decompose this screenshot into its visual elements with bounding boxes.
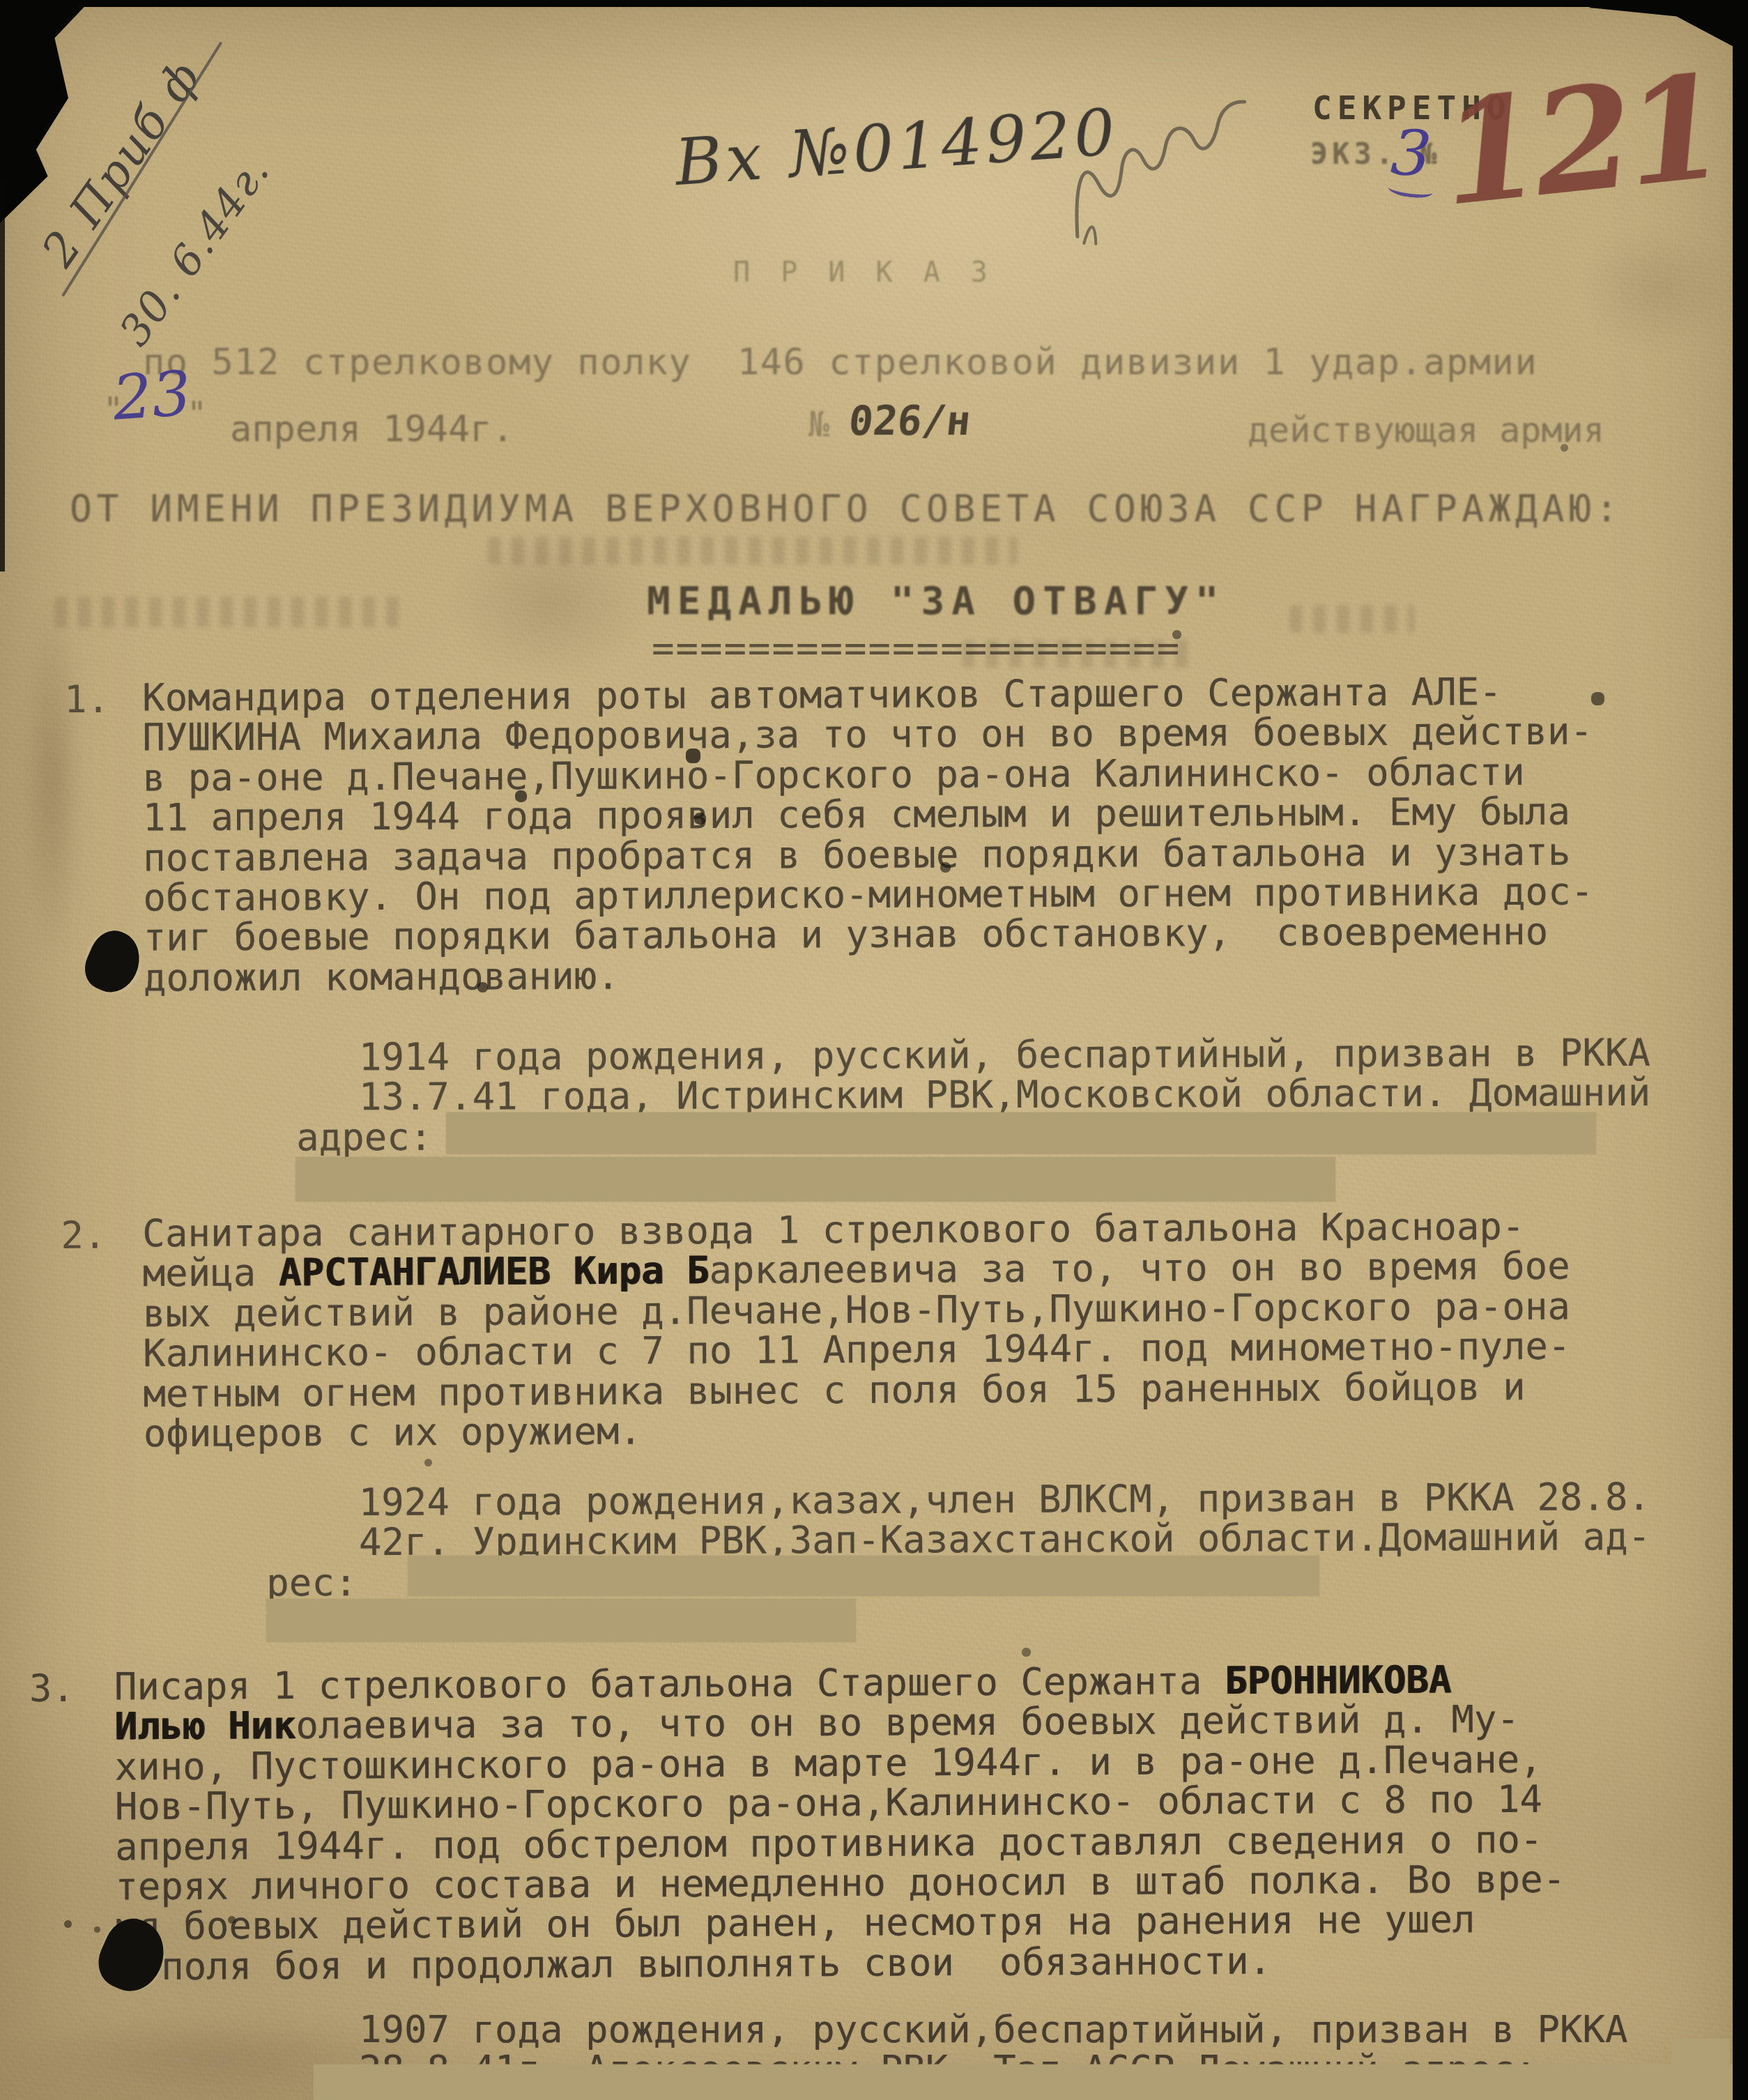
typed-line: вых действий в районе д.Печане,Нов-Путь,… [143,1284,1570,1331]
order-unit-line: по 512 стрелковому полку 146 стрелковой … [143,342,1538,383]
typed-text: офицеров с их оружием. [144,1409,643,1456]
ghost-text-smudge-1 [488,537,1018,565]
overtyped-name: Илью Ник [114,1703,296,1748]
typed-text: рес: [266,1561,357,1605]
typed-line: ПУШКИНА Михаила Федоровича,за то что он … [142,710,1593,756]
typed-line: 42г. Урдинским РВК,Зап-Казахстанской обл… [359,1515,1650,1560]
paragraph-2-number: 2. [61,1213,106,1257]
typed-line: с поля боя и продолжал выполнять свои об… [116,1937,1566,1984]
typed-line: 11 апреля 1944 года проявил себя смелым … [143,790,1593,836]
scanned-document-page: { "annotations": { "received_mark_line1"… [0,0,1748,2100]
typed-line: метным огнем противника вынес с поля боя… [143,1364,1570,1411]
typed-text: доложил командованию. [144,953,620,999]
ghost-text-smudge-3 [1289,605,1415,633]
redacted-address-3b [314,2064,1733,2100]
order-date: апреля 1944г. [230,408,514,450]
typed-text: метным огнем противника вынес с поля боя… [143,1365,1525,1416]
order-paragraph-3: 3. Писаря 1 стрелкового батальона Старше… [114,1657,1566,1985]
order-number: 026/н [846,397,973,445]
order-paragraph-1: 1. Командира отделения роты автоматчиков… [142,669,1594,995]
paragraph-3-number: 3. [29,1666,75,1710]
typed-line: 1924 года рождения,казах,член ВЛКСМ, при… [359,1475,1650,1520]
award-preamble: ОТ ИМЕНИ ПРЕЗИДИУМА ВЕРХОВНОГО СОВЕТА СО… [70,488,1623,530]
redacted-address-1a [446,1112,1596,1154]
typed-line: Калининско- области с 7 по 11 Апреля 194… [143,1324,1570,1372]
ghost-text-smudge-2 [54,597,403,627]
typed-text: адрес: [296,1115,432,1160]
typed-line: в ра-оне д.Печане,Пушкино-Горского ра-он… [143,749,1593,795]
typed-line: 13.7.41 года, Истринским РВК,Московской … [359,1071,1650,1115]
army-status: действующая армия [1248,410,1604,450]
order-number-sign: № [808,404,829,445]
medal-underline: ====================== [652,626,1181,670]
typed-text: мейца [142,1251,278,1296]
typed-line: обстановку. Он под артиллериско-минометн… [143,869,1593,915]
handwritten-page-number: 121 [1434,43,1727,238]
typed-line: Командира отделения роты автоматчиков Ст… [142,669,1593,715]
typed-text: 1907 года рождения, русский,беспартийный… [359,2007,1628,2051]
day-quote-close: " [187,394,207,434]
typed-text: тиг боевые порядки батальона и узнав обс… [144,910,1549,960]
typed-line: мя боевых действий он был ранен, несмотр… [116,1897,1566,1945]
handwritten-copy-number: 3 [1388,116,1433,192]
paragraph-3-text: Писаря 1 стрелкового батальона Старшего … [114,1657,1566,1985]
typed-line: 1914 года рождения, русский, беспартийны… [359,1031,1650,1075]
paper-hole-1 [84,927,143,997]
paragraph-1-number: 1. [64,677,109,721]
typed-text: с поля боя и продолжал выполнять свои об… [116,1938,1271,1988]
order-title: П Р И К А З [733,256,995,289]
medal-line: МЕДАЛЬЮ "ЗА ОТВАГУ" [647,578,1226,624]
paragraph-1-text: Командира отделения роты автоматчиков Ст… [142,669,1594,995]
order-paragraph-2: 2. Санитара санитарного взвода 1 стрелко… [142,1204,1571,1452]
paper-hole-2 [98,1915,167,1995]
typed-line: 1907 года рождения, русский,беспартийный… [359,2007,1628,2047]
redacted-address-2b [266,1599,856,1642]
typed-line: Санитара санитарного взвода 1 стрелковог… [142,1204,1570,1252]
paragraph-2-text: Санитара санитарного взвода 1 стрелковог… [142,1204,1571,1452]
scan-edge-right [1733,0,1748,2100]
redacted-address-2a [408,1556,1319,1596]
overtyped-name: БРОННИКОВА [1225,1657,1451,1703]
typed-line: тиг боевые порядки батальона и узнав обс… [144,910,1594,956]
typed-line: мейца АРСТАНГАЛИЕВ Кира Баркалеевича за … [142,1244,1570,1292]
handwritten-day: 23 [111,357,194,434]
typed-line: поставлена задача пробратся в боевые пор… [143,829,1593,875]
scan-edge-left [0,181,5,572]
scan-edge-top [0,0,1748,7]
redacted-address-1b [296,1157,1335,1202]
overtyped-name: АРСТАНГАЛИЕВ Кира Б [278,1248,709,1294]
